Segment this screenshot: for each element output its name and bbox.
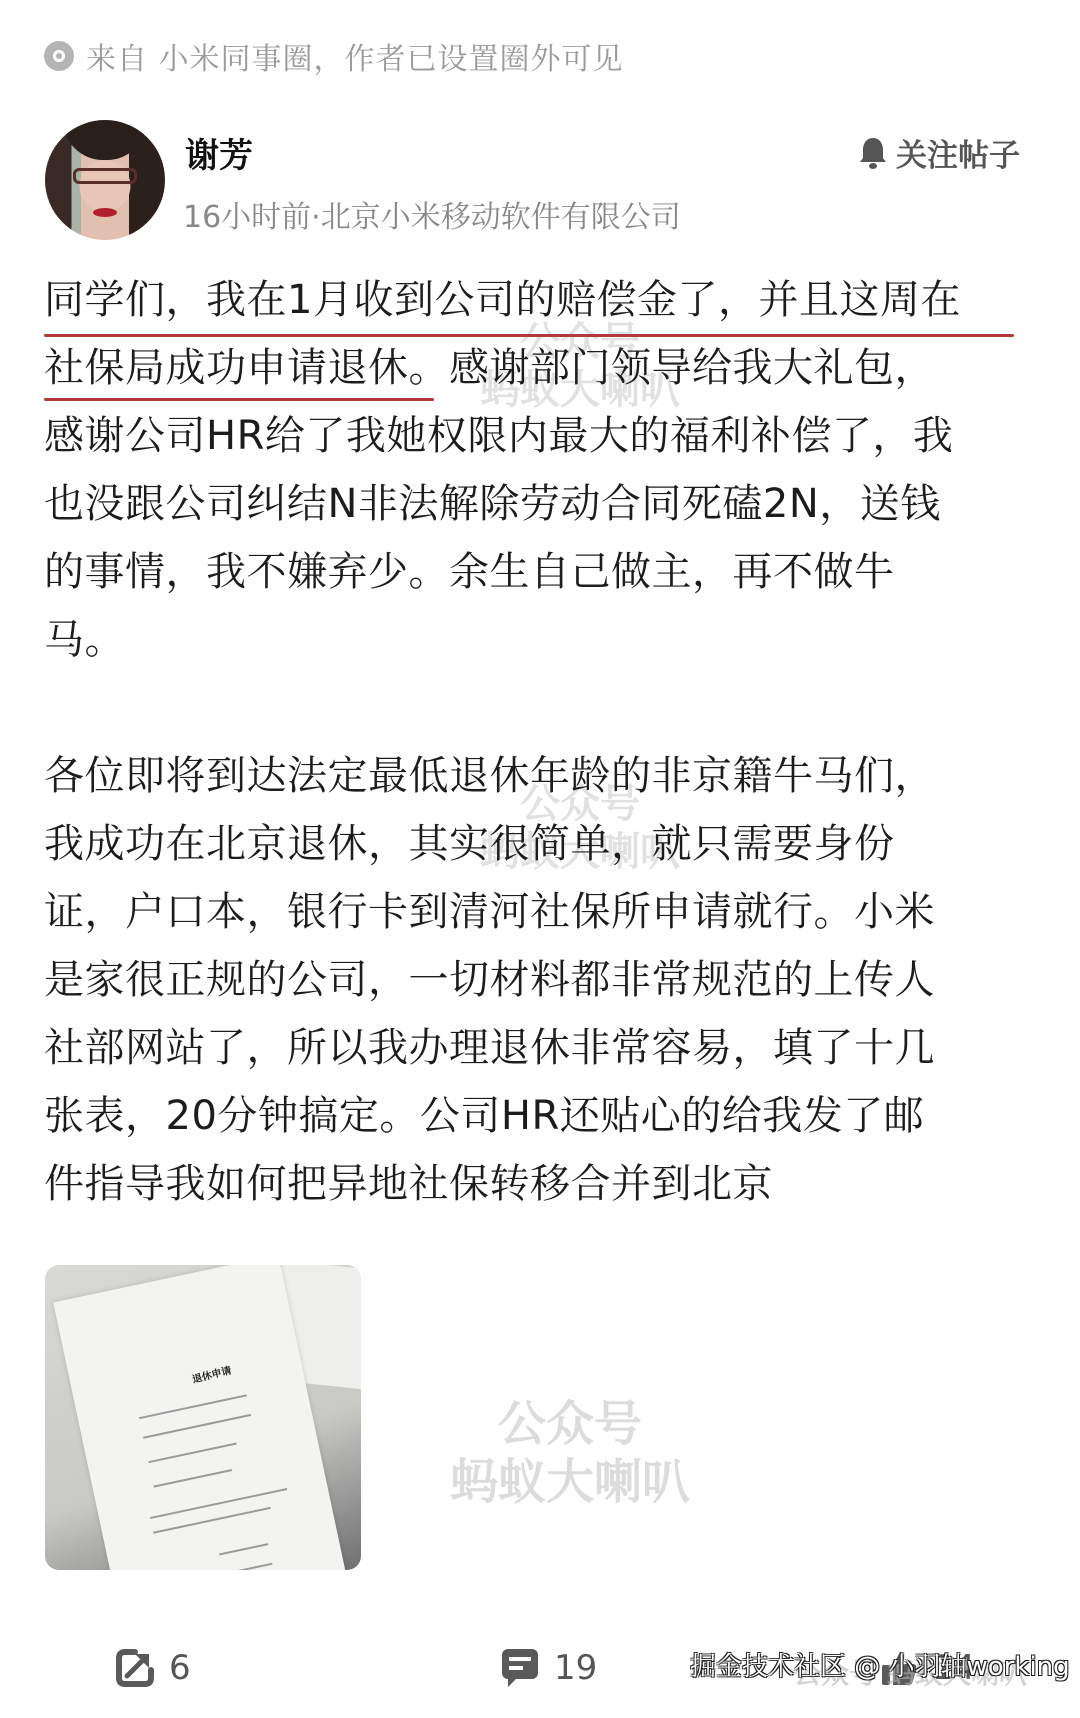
source-text: 来自 小米同事圈，作者已设置圈外可见: [86, 34, 624, 78]
post-body: 同学们，我在1月收到公司的赔偿金了，并且这周在 社保局成功申请退休。感谢部门领导…: [44, 266, 1044, 1218]
post-line: 社保局成功申请退休。感谢部门领导给我大礼包，: [44, 334, 1044, 402]
credit-watermark: 掘金技术社区 @ 小羽轴working: [690, 1646, 1070, 1683]
post-line: 的事情，我不嫌弃少。余生自己做主，再不做牛: [44, 538, 1044, 606]
source-line: 来自 小米同事圈，作者已设置圈外可见: [44, 34, 624, 78]
post-line: 社部网站了，所以我办理退休非常容易，填了十几: [44, 1014, 1044, 1082]
watermark: 公众号 蚂蚁大喇叭: [400, 1395, 740, 1511]
post-line: 张表，20分钟搞定。公司HR还贴心的给我发了邮: [44, 1082, 1044, 1150]
post-line: 感谢公司HR给了我她权限内最大的福利补偿了，我: [44, 402, 1044, 470]
share-button[interactable]: 6: [115, 1640, 191, 1696]
author-name[interactable]: 谢芳: [185, 128, 253, 177]
share-icon: [115, 1648, 155, 1688]
post-image[interactable]: 退休申请: [45, 1265, 361, 1570]
comment-button[interactable]: 19: [500, 1640, 597, 1696]
post-line: 件指导我如何把异地社保转移合并到北京: [44, 1150, 1044, 1218]
doc-title: 退休申请: [190, 1362, 232, 1386]
post-line: 各位即将到达法定最低退休年龄的非京籍牛马们，: [44, 742, 1044, 810]
post-line: 也没跟公司纠结N非法解除劳动合同死磕2N，送钱: [44, 470, 1044, 538]
follow-post-button[interactable]: 关注帖子: [858, 130, 1020, 175]
post-line: 是家很正规的公司，一切材料都非常规范的上传人: [44, 946, 1044, 1014]
avatar[interactable]: [45, 120, 165, 240]
share-count: 6: [169, 1648, 191, 1688]
comment-icon: [500, 1647, 540, 1689]
post-line: 同学们，我在1月收到公司的赔偿金了，并且这周在: [44, 266, 1044, 334]
bell-icon: [858, 136, 888, 170]
author-meta: 16小时前·北京小米移动软件有限公司: [183, 192, 681, 236]
post-line: 证，户口本，银行卡到清河社保所申请就行。小米: [44, 878, 1044, 946]
circle-source-icon: [44, 41, 74, 71]
comment-count: 19: [554, 1648, 597, 1688]
post-line: 马。: [44, 606, 1044, 674]
post-line: 我成功在北京退休，其实很简单，就只需要身份: [44, 810, 1044, 878]
follow-label: 关注帖子: [896, 130, 1020, 175]
